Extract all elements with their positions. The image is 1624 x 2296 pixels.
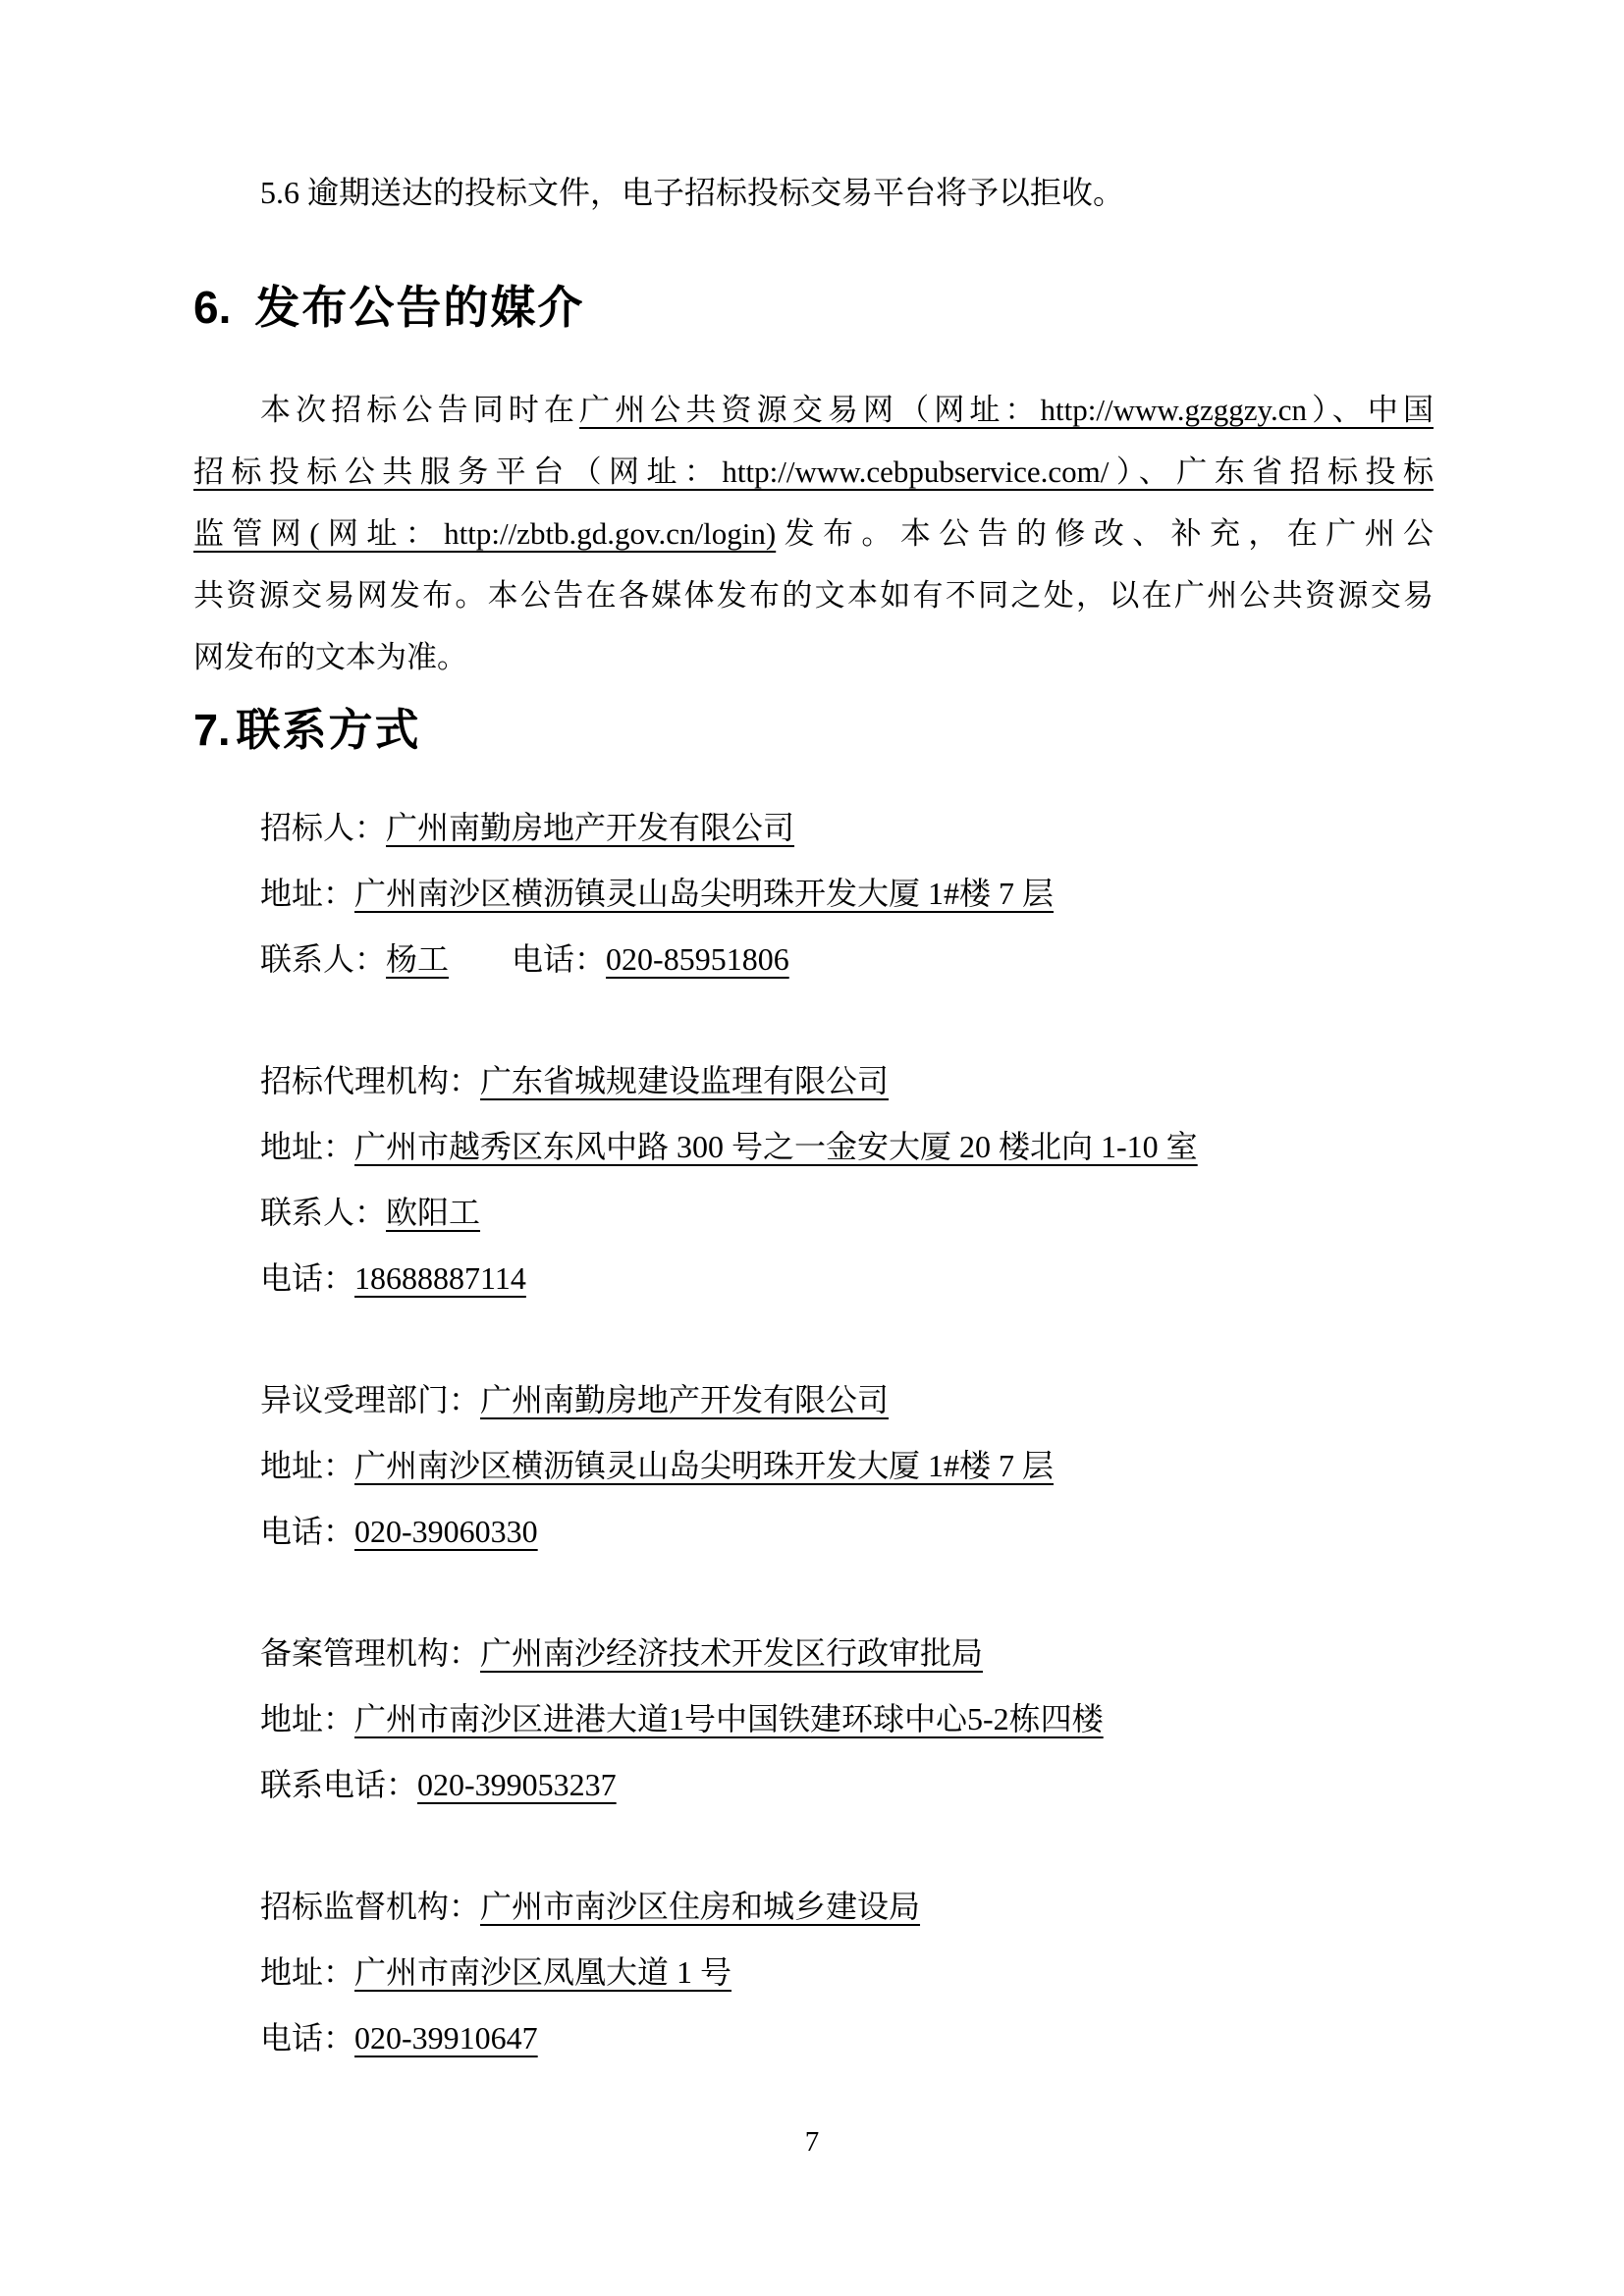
section-7-number: 7.	[193, 705, 231, 755]
text-line: 联系电话：020-399053237	[193, 1752, 1434, 1818]
plain-text: 电话：	[260, 1260, 354, 1296]
underlined-text: 020-39910647	[354, 2020, 538, 2056]
plain-text: 招标代理机构：	[260, 1063, 480, 1098]
text-line: 地址：广州市越秀区东风中路 300 号之一金安大厦 20 楼北向 1-10 室	[193, 1114, 1434, 1180]
underlined-text: 广州南勤房地产开发有限公司	[480, 1382, 889, 1417]
plain-text: 地址：	[260, 1954, 354, 1990]
underlined-text: 020-39060330	[354, 1514, 538, 1549]
plain-text: 异议受理部门：	[260, 1382, 480, 1417]
underlined-text: 欧阳工	[386, 1195, 480, 1230]
section-6-title: 发布公告的媒介	[254, 282, 584, 333]
plain-text: 共资源交易网发布。本公告在各媒体发布的文本如有不同之处，以在广州公共资源交易	[193, 578, 1434, 613]
text-line: 地址：广州市南沙区进港大道1号中国铁建环球中心5-2栋四楼	[193, 1686, 1434, 1752]
plain-text: 招标人：	[260, 810, 386, 845]
page-number: 7	[0, 2122, 1624, 2162]
underlined-text: 020-399053237	[417, 1767, 617, 1802]
text-line: 监管网(网址：http://zbtb.gd.gov.cn/login)发布。本公…	[193, 503, 1434, 564]
section-6-number: 6.	[193, 282, 231, 333]
underlined-text: 广州南沙区横沥镇灵山岛尖明珠开发大厦 1#楼 7 层	[354, 876, 1054, 911]
plain-text: 电话：	[260, 1514, 354, 1549]
text-line: 网发布的文本为准。	[193, 626, 1434, 688]
plain-text: 联系电话：	[260, 1767, 417, 1802]
contact-block-agency: 招标代理机构：广东省城规建设监理有限公司地址：广州市越秀区东风中路 300 号之…	[193, 1048, 1434, 1311]
underlined-text: 杨工	[386, 941, 449, 977]
underlined-text: 招标投标公共服务平台（网址：http://www.cebpubservice.c…	[193, 454, 1434, 489]
underlined-text: 广州市南沙区住房和城乡建设局	[480, 1889, 920, 1924]
plain-text: 电话：	[449, 941, 606, 977]
plain-text: 地址：	[260, 1129, 354, 1164]
section-6-heading: 6.发布公告的媒介	[193, 279, 1434, 336]
text-line: 电话：020-39910647	[193, 2005, 1434, 2071]
clause-5-6-text: 5.6 逾期送达的投标文件，电子招标投标交易平台将予以拒收。	[193, 169, 1434, 216]
plain-text: 地址：	[260, 1448, 354, 1483]
text-line: 共资源交易网发布。本公告在各媒体发布的文本如有不同之处，以在广州公共资源交易	[193, 564, 1434, 626]
underlined-text: 广州南沙经济技术开发区行政审批局	[480, 1635, 983, 1671]
text-line: 招标监督机构：广州市南沙区住房和城乡建设局	[193, 1874, 1434, 1940]
underlined-text: 广州南勤房地产开发有限公司	[386, 810, 794, 845]
text-line: 招标投标公共服务平台（网址：http://www.cebpubservice.c…	[193, 441, 1434, 503]
plain-text: 网发布的文本为准。	[193, 640, 467, 674]
plain-text: 地址：	[260, 1701, 354, 1736]
text-line: 本次招标公告同时在广州公共资源交易网（网址：http://www.gzggzy.…	[193, 379, 1434, 441]
plain-text: 电话：	[260, 2020, 354, 2056]
plain-text: 备案管理机构：	[260, 1635, 480, 1671]
text-line: 地址：广州南沙区横沥镇灵山岛尖明珠开发大厦 1#楼 7 层	[193, 861, 1434, 927]
text-line: 地址：广州市南沙区凤凰大道 1 号	[193, 1940, 1434, 2005]
underlined-text: 广东省城规建设监理有限公司	[480, 1063, 889, 1098]
text-line: 联系人：杨工 电话：020-85951806	[193, 927, 1434, 992]
underlined-text: 监管网(网址：http://zbtb.gd.gov.cn/login)	[193, 516, 776, 551]
underlined-text: 18688887114	[354, 1260, 526, 1296]
text-line: 电话：020-39060330	[193, 1499, 1434, 1565]
contact-block-tenderer: 招标人：广州南勤房地产开发有限公司地址：广州南沙区横沥镇灵山岛尖明珠开发大厦 1…	[193, 795, 1434, 992]
publication-media-paragraph: 本次招标公告同时在广州公共资源交易网（网址：http://www.gzggzy.…	[193, 379, 1434, 688]
contact-block-objection-department: 异议受理部门：广州南勤房地产开发有限公司地址：广州南沙区横沥镇灵山岛尖明珠开发大…	[193, 1367, 1434, 1565]
plain-text: 联系人：	[260, 941, 386, 977]
contact-blocks: 招标人：广州南勤房地产开发有限公司地址：广州南沙区横沥镇灵山岛尖明珠开发大厦 1…	[193, 795, 1434, 2071]
text-line: 招标代理机构：广东省城规建设监理有限公司	[193, 1048, 1434, 1114]
section-7-title: 联系方式	[237, 705, 421, 755]
plain-text: 联系人：	[260, 1195, 386, 1230]
underlined-text: 广州市越秀区东风中路 300 号之一金安大厦 20 楼北向 1-10 室	[354, 1129, 1198, 1164]
document-content: 5.6 逾期送达的投标文件，电子招标投标交易平台将予以拒收。 6.发布公告的媒介…	[193, 0, 1434, 2071]
underlined-text: 广州市南沙区凤凰大道 1 号	[354, 1954, 731, 1990]
text-line: 招标人：广州南勤房地产开发有限公司	[193, 795, 1434, 861]
plain-text: 发布。本公告的修改、补充，在广州公	[776, 516, 1434, 551]
underlined-text: 广州公共资源交易网（网址：http://www.gzggzy.cn）、中国	[579, 393, 1434, 427]
underlined-text: 广州市南沙区进港大道1号中国铁建环球中心5-2栋四楼	[354, 1701, 1104, 1736]
text-line: 电话：18688887114	[193, 1246, 1434, 1311]
contact-block-supervision-authority: 招标监督机构：广州市南沙区住房和城乡建设局地址：广州市南沙区凤凰大道 1 号电话…	[193, 1874, 1434, 2071]
text-line: 异议受理部门：广州南勤房地产开发有限公司	[193, 1367, 1434, 1433]
plain-text: 本次招标公告同时在	[260, 393, 579, 427]
section-7-heading: 7.联系方式	[193, 702, 1434, 759]
document-page: 5.6 逾期送达的投标文件，电子招标投标交易平台将予以拒收。 6.发布公告的媒介…	[0, 0, 1624, 2296]
plain-text: 地址：	[260, 876, 354, 911]
text-line: 地址：广州南沙区横沥镇灵山岛尖明珠开发大厦 1#楼 7 层	[193, 1433, 1434, 1499]
plain-text: 招标监督机构：	[260, 1889, 480, 1924]
text-line: 联系人：欧阳工	[193, 1180, 1434, 1246]
text-line: 备案管理机构：广州南沙经济技术开发区行政审批局	[193, 1621, 1434, 1686]
underlined-text: 广州南沙区横沥镇灵山岛尖明珠开发大厦 1#楼 7 层	[354, 1448, 1054, 1483]
underlined-text: 020-85951806	[606, 941, 789, 977]
contact-block-filing-authority: 备案管理机构：广州南沙经济技术开发区行政审批局地址：广州市南沙区进港大道1号中国…	[193, 1621, 1434, 1818]
